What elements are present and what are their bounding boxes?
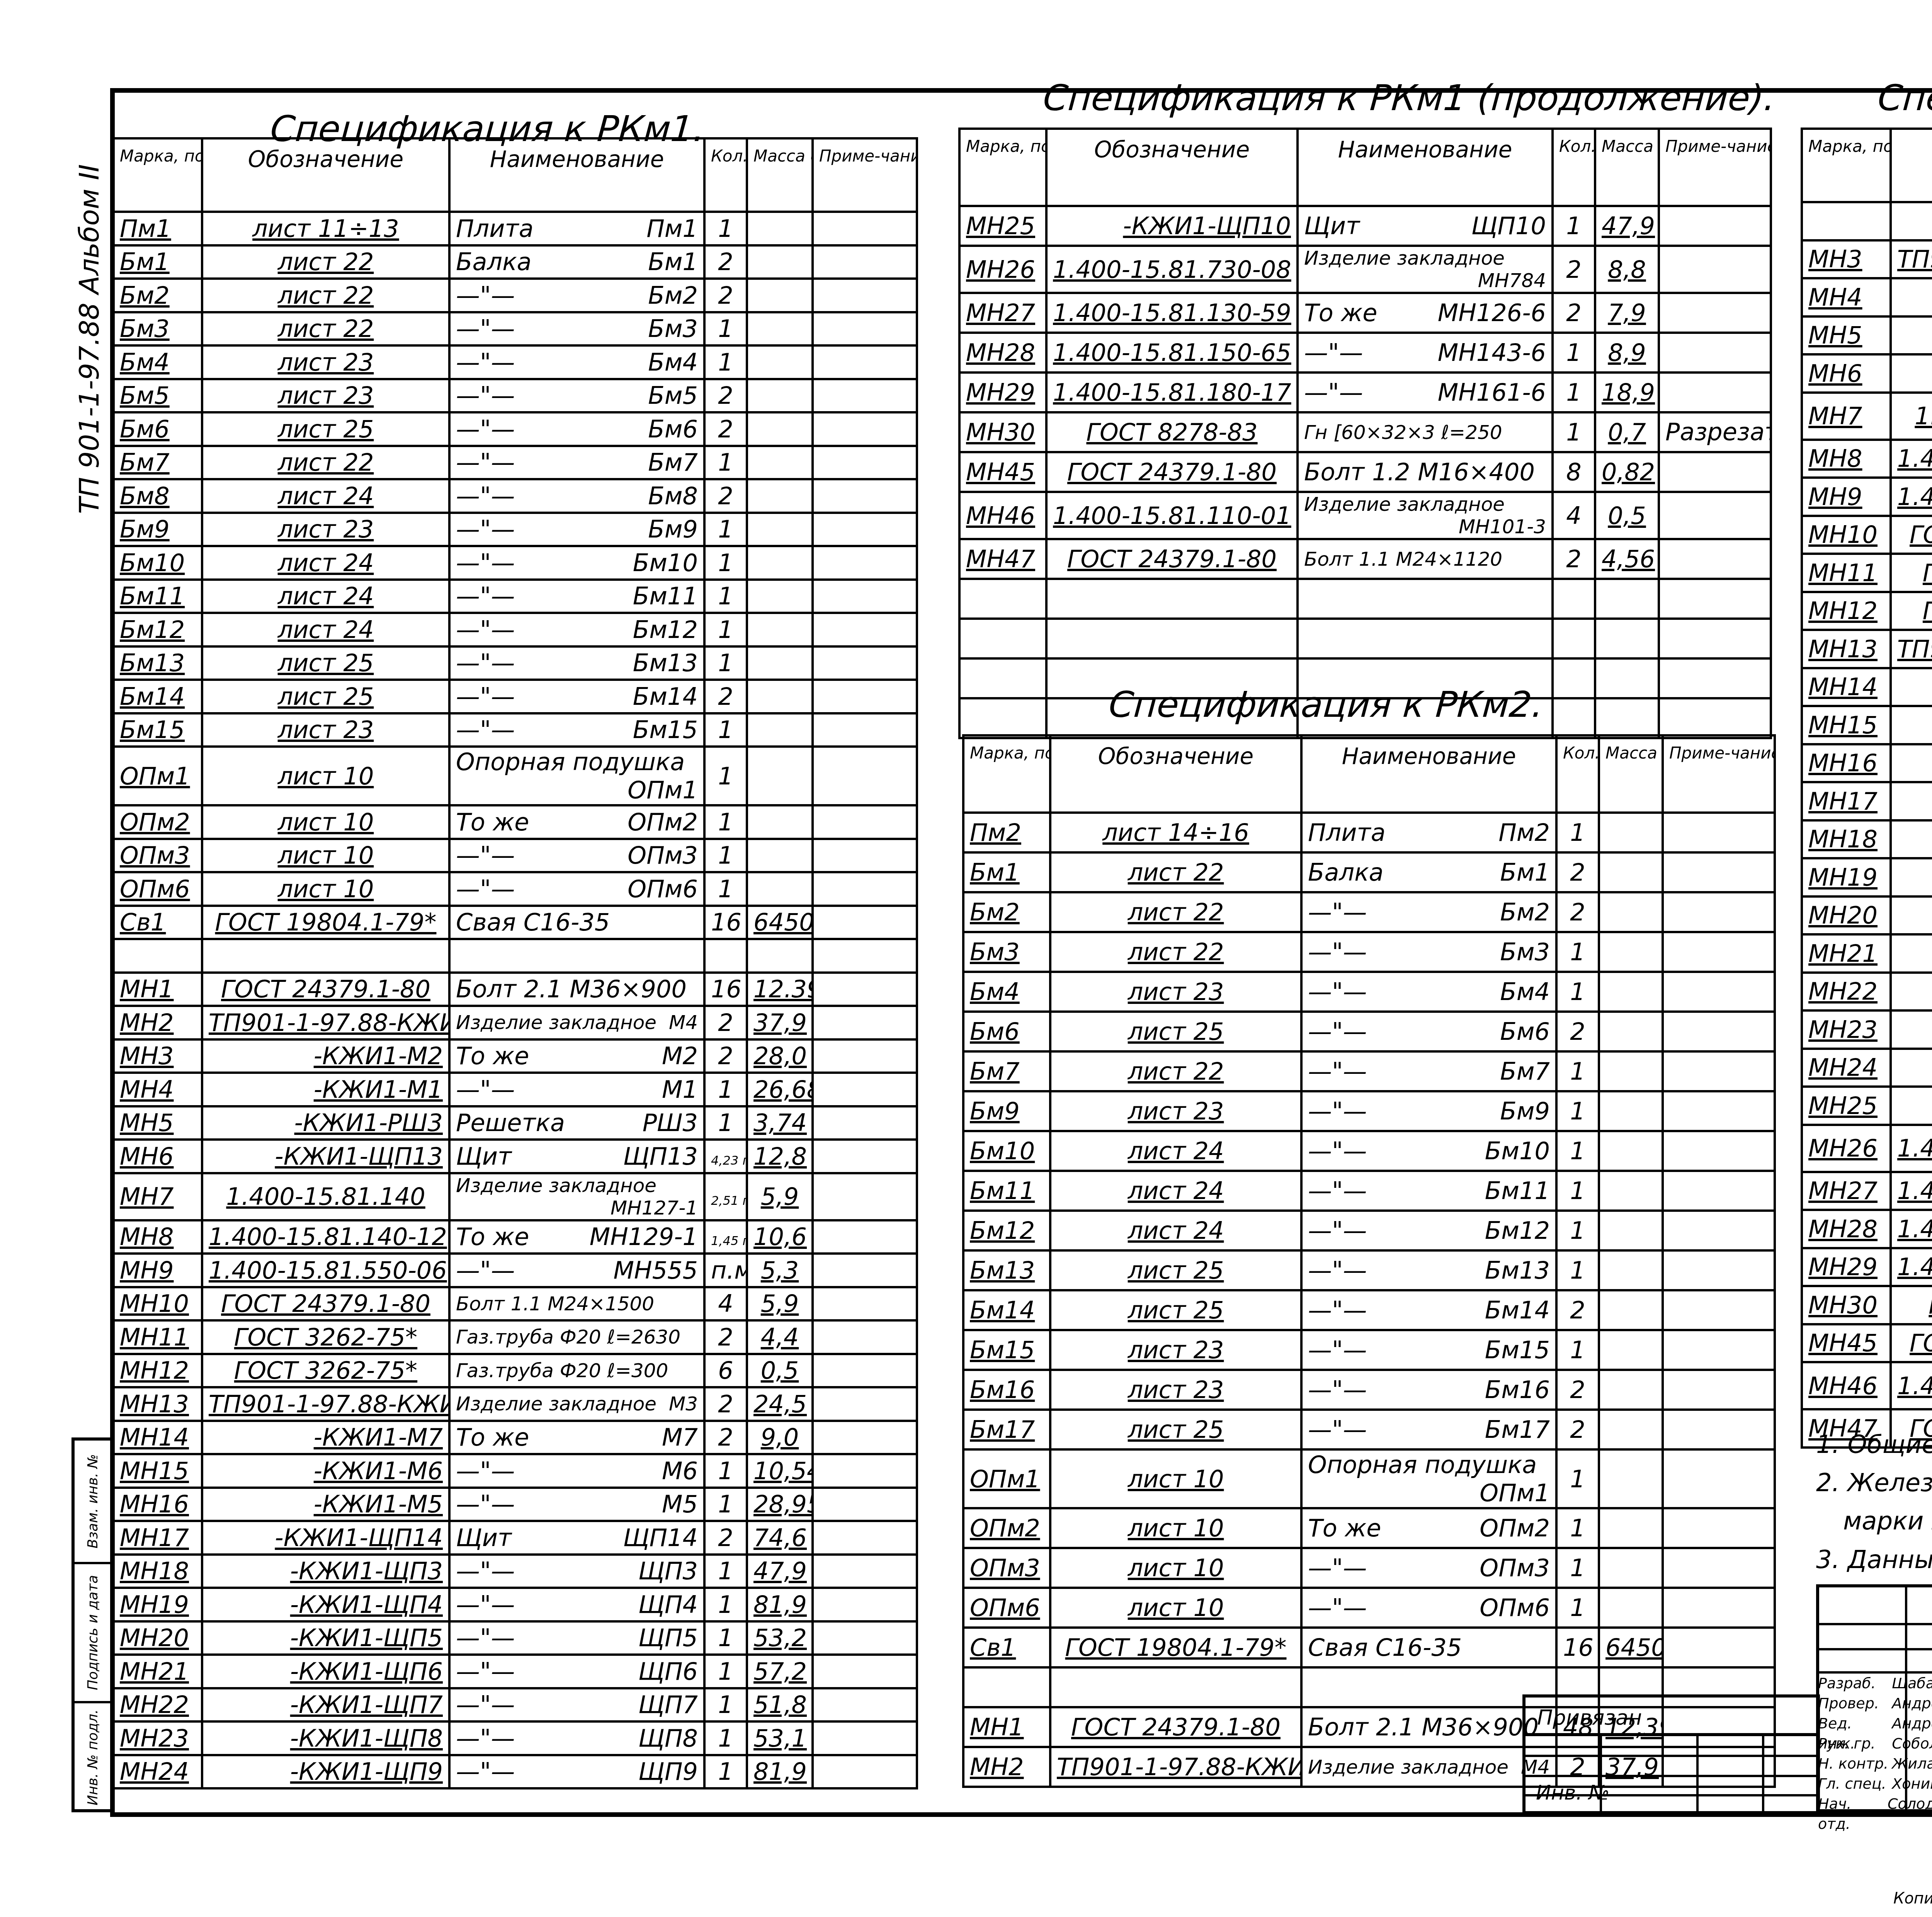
- table-row: Бм17лист 25—"—Бм172: [963, 1410, 1775, 1449]
- cell-mark: МН28: [959, 333, 1046, 373]
- table-row: МН20-КЖИ1-ЩП5—"—ЩП5153,2: [113, 1621, 917, 1655]
- cell-mass: 24,5: [747, 1387, 813, 1421]
- cell-name: ЩитЩП14: [449, 1521, 704, 1555]
- cell-mark: МН23: [1802, 1010, 1891, 1049]
- cell-qty: [704, 939, 747, 973]
- cell-note: [813, 1688, 917, 1722]
- cell-qty: 2: [1553, 293, 1595, 333]
- cell-qty: 2: [704, 379, 747, 413]
- cell-note: [1663, 972, 1775, 1012]
- cell-mark: МН24: [1802, 1049, 1891, 1087]
- cell-name: —"—Бм9: [1301, 1091, 1556, 1131]
- cell-qty: 4,23 п.м: [704, 1140, 747, 1173]
- cell-mass: 18,9: [1595, 373, 1659, 412]
- cell-mark: МН46: [959, 492, 1046, 539]
- cell-mass: [1599, 1588, 1663, 1628]
- item-name-ref: Бм3: [1500, 938, 1550, 966]
- item-name: То же: [456, 1423, 529, 1451]
- qty-value: 2: [718, 1009, 733, 1037]
- cell-note: [813, 1106, 917, 1140]
- qty-value: 1: [1570, 938, 1585, 966]
- cell-note: [813, 513, 917, 546]
- cell-mass: 47,9: [747, 1555, 813, 1588]
- cell-designation: -КЖИ1-ЩП8: [1891, 1010, 1932, 1049]
- note-2-cont: марки 20А-18×3-1, РКм2 для насосов марки…: [1816, 1502, 1932, 1541]
- cell-qty: 1: [704, 1073, 747, 1106]
- cell-note: [813, 939, 917, 973]
- cell-designation: -КЖИ1-ЩП13: [202, 1140, 449, 1173]
- cell-name: —"—Бм14: [1301, 1290, 1556, 1330]
- cell-designation: ГОСТ 24379.1-80: [1891, 516, 1932, 554]
- cell-mark: Бм9: [113, 513, 202, 546]
- table-row: МН291.400-15.81.180-17—"—МН161-6118,9: [1802, 1248, 1932, 1286]
- item-name: —"—: [1308, 1376, 1367, 1404]
- item-name: —"—: [456, 716, 515, 744]
- cell-mass: [747, 713, 813, 747]
- cell-note: [813, 1254, 917, 1287]
- cell-designation: -КЖИ1-РШ3: [202, 1106, 449, 1140]
- cell-qty: 2: [1556, 892, 1599, 932]
- item-name: —"—: [456, 515, 515, 543]
- qty-value: 2: [718, 1042, 733, 1070]
- cell-mark: МН17: [1802, 782, 1891, 820]
- cell-note: [813, 212, 917, 245]
- cell-name: Болт 2.1 М36×900: [1301, 1707, 1556, 1747]
- cell-designation: лист 22: [1050, 852, 1301, 892]
- item-name-ref: ЩП3: [638, 1557, 698, 1585]
- cell-name: —"—Бм12: [449, 613, 704, 646]
- item-name: То же: [1308, 1514, 1381, 1542]
- table-row: МН10ГОСТ 24379.1-80Болт 1.1 М24×150045,9: [1802, 516, 1932, 554]
- table-row: Бм13лист 25—"—Бм131: [113, 646, 917, 680]
- cell-qty: 1: [704, 613, 747, 646]
- table-row: [113, 939, 917, 973]
- cell-name: —"—Бм10: [449, 546, 704, 580]
- signatory-name: Андреева: [1892, 1693, 1932, 1713]
- cell-designation: лист 25: [1050, 1250, 1301, 1290]
- cell-designation: [1046, 619, 1298, 658]
- cell-name: То жеМ2: [449, 1039, 704, 1073]
- qty-value: 2: [718, 1390, 733, 1418]
- item-name: То же: [456, 808, 529, 836]
- cell-note: [813, 872, 917, 906]
- table-row: Бм6лист 25—"—Бм62: [113, 412, 917, 446]
- cell-name: —"—Бм5: [449, 379, 704, 413]
- item-name-ref: Пм2: [1498, 818, 1550, 847]
- cell-designation: лист 10: [202, 747, 449, 805]
- item-name-ref: Бм13: [1485, 1256, 1550, 1284]
- cell-name: Болт 2.1 М36×900: [449, 973, 704, 1006]
- item-name: —"—: [456, 1075, 515, 1104]
- cell-note: [1663, 1370, 1775, 1410]
- cell-mass: 12.39: [747, 973, 813, 1006]
- cell-designation: лист 24: [202, 479, 449, 513]
- cell-qty: 1: [1556, 1588, 1599, 1628]
- qty-value: 1: [718, 875, 733, 903]
- cell-designation: [1046, 658, 1298, 698]
- table-row: Бм3лист 22—"—Бм31: [963, 932, 1775, 972]
- signatory-name: Солодовников: [1888, 1794, 1932, 1814]
- cell-qty: 2: [1556, 1012, 1599, 1051]
- item-name: —"—: [1308, 1017, 1367, 1046]
- cell-mass: [1599, 1091, 1663, 1131]
- cell-mark: МН8: [1802, 440, 1891, 478]
- qty-value: 2: [1566, 255, 1581, 284]
- cell-mass: 37,9: [747, 1006, 813, 1039]
- cell-note: [1659, 579, 1771, 619]
- cell-note: [1659, 539, 1771, 579]
- item-name-ref: ЩП9: [638, 1757, 698, 1786]
- cell-mass: [1599, 1051, 1663, 1091]
- cell-mass: 12,8: [747, 1140, 813, 1173]
- item-name-ref: Бм1: [648, 248, 698, 276]
- table-row: МН23-КЖИ1-ЩП8—"—ЩП8153,1: [1802, 1010, 1932, 1049]
- cell-mark: МН22: [1802, 973, 1891, 1011]
- cell-name: ПлитаПм2: [1301, 813, 1556, 852]
- item-name-ref: Бм15: [1485, 1336, 1550, 1364]
- cell-qty: 1: [704, 805, 747, 839]
- cell-note: [813, 839, 917, 873]
- cell-qty: 2: [1556, 852, 1599, 892]
- cell-designation: лист 22: [202, 245, 449, 279]
- item-name-ref: Бм6: [648, 415, 698, 443]
- table-header-row: Марка, поз.ОбозначениеНаименованиеКол.Ма…: [959, 129, 1771, 206]
- qty-value: 2: [718, 682, 733, 711]
- cell-mass: 0,82: [1595, 452, 1659, 492]
- header-designation: Обозначение: [1046, 129, 1298, 206]
- cell-note: [813, 312, 917, 346]
- cell-qty: [1553, 698, 1595, 738]
- qty-value: 2: [1566, 299, 1581, 327]
- cell-mark: МН7: [1802, 393, 1891, 440]
- cell-name: [1298, 658, 1553, 698]
- cell-name: Болт 1.1 М24×1120: [1298, 539, 1553, 579]
- item-name-ref: ЩП5: [638, 1624, 698, 1652]
- qty-value: 4,23 п.м: [711, 1154, 747, 1167]
- header-qty: Кол.: [704, 138, 747, 212]
- table-row: Пм2лист 14÷16ПлитаПм21: [963, 813, 1775, 852]
- item-name: Изделие закладное: [1304, 493, 1505, 515]
- table-row: Бм7лист 22—"—Бм71: [963, 1051, 1775, 1091]
- cell-designation: ГОСТ 8278-83: [1891, 1286, 1932, 1324]
- cell-mass: 0,7: [1595, 412, 1659, 452]
- cell-name: То жеОПм2: [1301, 1508, 1556, 1548]
- cell-mass: [747, 872, 813, 906]
- cell-name: То жеМН129-1: [449, 1220, 704, 1254]
- cell-mass: [1599, 1171, 1663, 1211]
- item-name-ref: Бм17: [1485, 1415, 1550, 1444]
- item-name: То же: [456, 1223, 529, 1251]
- cell-mark: Бм10: [963, 1131, 1050, 1171]
- grid-line: [1696, 1736, 1699, 1814]
- item-name-ref: ОПм3: [628, 841, 698, 869]
- item-name-ref: ОПм1: [1480, 1479, 1550, 1507]
- item-name: —"—: [1308, 898, 1367, 926]
- cell-name: Болт 1.1 М24×1500: [449, 1287, 704, 1321]
- cell-mark: МН45: [1802, 1324, 1891, 1362]
- cell-qty: 4: [704, 1287, 747, 1321]
- cell-designation: 1.400-15.81.730-08: [1891, 1125, 1932, 1172]
- cell-mark: МН2: [113, 1006, 202, 1039]
- item-name: Решетка: [456, 1109, 565, 1137]
- cell-designation: 1.400-15.81.140: [1891, 393, 1932, 440]
- cell-designation: 1.400-15.81.180-17: [1891, 1248, 1932, 1286]
- table-row: МН30ГОСТ 8278-83Гн [60×32×3 ℓ=25010,7Раз…: [1802, 1286, 1932, 1324]
- qty-value: 1,45 п.м: [711, 1235, 747, 1247]
- cell-mark: ОПм1: [963, 1449, 1050, 1508]
- qty-value: 16: [1563, 1633, 1594, 1662]
- table-header-row: Марка, поз.ОбозначениеНаименованиеКол.Ма…: [963, 735, 1775, 813]
- qty-value: 2: [1570, 1296, 1585, 1324]
- item-name: Балка: [456, 248, 532, 276]
- cell-name: —"—Бм11: [449, 580, 704, 613]
- cell-name: ЩитЩП10: [1298, 206, 1553, 246]
- qty-value: 2,51 п.м: [711, 1194, 747, 1207]
- cell-name: —"—ЩП9: [449, 1755, 704, 1789]
- cell-mass: [1599, 1012, 1663, 1051]
- cell-note: [1659, 293, 1771, 333]
- cell-designation: лист 10: [1050, 1508, 1301, 1548]
- cell-qty: 2: [704, 1320, 747, 1354]
- cell-mark: Бм1: [113, 245, 202, 279]
- cell-name: —"—ЩП6: [449, 1655, 704, 1688]
- cell-mass: 10,54: [747, 1454, 813, 1488]
- cell-designation: лист 23: [202, 379, 449, 413]
- cell-mass: [747, 245, 813, 279]
- table-row: МН2ТП901-1-97.88-КЖИ1-М4Изделие закладно…: [113, 1006, 917, 1039]
- item-name: Балка: [1308, 858, 1384, 886]
- copied-by: Копировал Мажова: [1893, 1890, 1932, 1907]
- table-row: МН81.400-15.81.140-12То жеМН129-11,45 п.…: [1802, 440, 1932, 478]
- cell-designation: лист 10: [202, 872, 449, 906]
- item-name: —"—: [456, 415, 515, 443]
- table-row: Бм1лист 22БалкаБм12: [113, 245, 917, 279]
- cell-mark: ОПм3: [113, 839, 202, 873]
- item-name-ref: МН101-3: [1459, 515, 1546, 538]
- cell-qty: 16: [704, 973, 747, 1006]
- cell-mark: МН1: [963, 1707, 1050, 1747]
- header-mark: Марка, поз.: [959, 129, 1046, 206]
- table-row: Бм14лист 25—"—Бм142: [963, 1290, 1775, 1330]
- cell-qty: 2: [704, 1421, 747, 1454]
- cell-qty: 2,51 п.м: [704, 1173, 747, 1220]
- cell-mass: 10,6: [747, 1220, 813, 1254]
- cell-mark: МН4: [1802, 278, 1891, 316]
- cell-note: [1663, 1449, 1775, 1508]
- item-name-ref: Бм12: [1485, 1216, 1550, 1245]
- table-row: МН461.400-15.81.110-01Изделие закладноеМ…: [1802, 1362, 1932, 1409]
- item-name: —"—: [1308, 1415, 1367, 1444]
- item-name-ref: ЩП8: [638, 1724, 698, 1752]
- table-row: МН16-КЖИ1-М5—"—М5128,95: [1802, 744, 1932, 782]
- cell-designation: 1.400-15.81.180-17: [1046, 373, 1298, 412]
- item-name-ref: МН143-6: [1438, 338, 1546, 367]
- cell-mark: Бм9: [963, 1091, 1050, 1131]
- table-row: Бм13лист 25—"—Бм131: [963, 1250, 1775, 1290]
- header-note: Приме-чание: [1659, 129, 1771, 206]
- cell-mark: МН25: [1802, 1087, 1891, 1125]
- cell-qty: 2: [704, 1387, 747, 1421]
- cell-qty: 1: [704, 1555, 747, 1588]
- table-row: ОПм6лист 10—"—ОПм61: [113, 872, 917, 906]
- item-name: Опорная подушка: [1308, 1451, 1537, 1479]
- table-row: МН1ГОСТ 24379.1-80Болт 2.1 М36×9001612.3…: [113, 973, 917, 1006]
- cell-mass: 6450: [747, 906, 813, 939]
- table-row: МН47ГОСТ 24379.1-80Болт 1.1 М24×112024,5…: [959, 539, 1771, 579]
- signatory-row: Разраб.Шабалина05.88: [1818, 1673, 1932, 1693]
- cell-name: Изделие закладноеМН101-3: [1298, 492, 1553, 539]
- cell-mass: [747, 379, 813, 413]
- item-name-ref: ОПм2: [1480, 1514, 1550, 1542]
- table-row: МН4-КЖИ1-М1То жеМ1126,68: [1802, 278, 1932, 316]
- signatory-row: Рук. гр.Соболева05.88: [1818, 1733, 1932, 1754]
- cell-note: [1663, 1250, 1775, 1290]
- cell-designation: 1.400-15.81.140-12: [1891, 440, 1932, 478]
- item-name: Изделие закладное: [456, 1393, 656, 1415]
- table-row: ОПм3лист 10—"—ОПм31: [963, 1548, 1775, 1588]
- cell-designation: -КЖИ1-М5: [202, 1488, 449, 1521]
- cell-mark: [963, 1667, 1050, 1707]
- cell-designation: ТП901-1-97.88-КЖИ1-М2: [1891, 240, 1932, 279]
- item-name-ref: РШ3: [643, 1109, 698, 1137]
- header-mark: Марка, поз.: [963, 735, 1050, 813]
- item-name: —"—: [456, 1724, 515, 1752]
- item-name: Газ.труба Ф20 ℓ=300: [456, 1359, 668, 1382]
- cell-qty: 2: [704, 279, 747, 312]
- qty-value: 1: [1570, 1216, 1585, 1245]
- cell-qty: 2: [704, 412, 747, 446]
- item-name-ref: ЩП13: [623, 1142, 698, 1170]
- cell-mark: МН26: [1802, 1125, 1891, 1172]
- cell-note: [1663, 1410, 1775, 1449]
- item-name: —"—: [1304, 378, 1363, 407]
- item-name-ref: ОПм6: [628, 875, 698, 903]
- cell-designation: ТП901-1-97.88-КЖИ1-М3: [202, 1387, 449, 1421]
- table-row: Св1ГОСТ 19804.1-79*Свая С16-35166450: [963, 1628, 1775, 1667]
- cell-designation: -КЖИ1-ЩП4: [1891, 858, 1932, 896]
- qty-value: 1: [718, 1624, 733, 1652]
- cell-mark: МН9: [1802, 478, 1891, 516]
- item-name: Свая С16-35: [1308, 1633, 1462, 1662]
- cell-qty: 1: [1556, 1091, 1599, 1131]
- cell-qty: 2: [1556, 1370, 1599, 1410]
- cell-mass: 5,3: [747, 1254, 813, 1287]
- item-name: —"—: [456, 381, 515, 410]
- item-name-ref: МН127-1: [611, 1197, 698, 1219]
- cell-designation: лист 23: [202, 513, 449, 546]
- cell-mass: 8,9: [1595, 333, 1659, 373]
- cell-designation: лист 22: [202, 446, 449, 480]
- cell-note: [1663, 813, 1775, 852]
- cell-qty: [1553, 619, 1595, 658]
- cell-mark: Бм15: [963, 1330, 1050, 1370]
- cell-qty: 2: [704, 1039, 747, 1073]
- table-row: ОПм2лист 10То жеОПм21: [113, 805, 917, 839]
- qty-value: 2: [718, 281, 733, 310]
- table-row: МН18-КЖИ1-ЩП3—"—ЩП3147,9: [113, 1555, 917, 1588]
- cell-qty: 1: [704, 1454, 747, 1488]
- cell-designation: -КЖИ1-ЩП8: [202, 1721, 449, 1755]
- cell-designation: лист 22: [202, 279, 449, 312]
- cell-designation: -КЖИ1-ЩП4: [202, 1588, 449, 1621]
- item-name: Изделие закладное: [1304, 247, 1505, 269]
- cell-note: [813, 713, 917, 747]
- cell-note: [813, 1073, 917, 1106]
- qty-value: 16: [711, 975, 742, 1003]
- cell-qty: 2: [704, 680, 747, 713]
- cell-qty: 1: [1553, 373, 1595, 412]
- cell-note: [813, 279, 917, 312]
- item-name: —"—: [456, 1457, 515, 1485]
- cell-name: Свая С16-35: [1301, 1628, 1556, 1667]
- cell-name: —"—Бм3: [449, 312, 704, 346]
- header-mark: Марка, поз.: [113, 138, 202, 212]
- cell-name: Опорная подушкаОПм1: [449, 747, 704, 805]
- table-row: Бм10лист 24—"—Бм101: [113, 546, 917, 580]
- cell-qty: 1: [1556, 1449, 1599, 1508]
- general-notes: 1. Общие примечания смотреть л. 1. 2. Же…: [1816, 1426, 1932, 1579]
- cell-designation: -КЖИ1-ЩП10: [1046, 206, 1298, 246]
- cell-mass: [1599, 1290, 1663, 1330]
- spec-table-rkm1: Марка, поз.ОбозначениеНаименованиеКол.Ма…: [112, 137, 918, 1789]
- cell-name: —"—ЩП5: [449, 1621, 704, 1655]
- cell-mass: 81,9: [747, 1755, 813, 1789]
- cell-designation: лист 23: [1050, 1370, 1301, 1410]
- cell-mass: [1599, 813, 1663, 852]
- table-row: [959, 658, 1771, 698]
- item-name-ref: МН161-6: [1438, 378, 1546, 407]
- item-name: —"—: [456, 1624, 515, 1652]
- cell-mark: [959, 658, 1046, 698]
- cell-note: [813, 1387, 917, 1421]
- cell-mass: 6450: [1599, 1628, 1663, 1667]
- cell-mass: [747, 580, 813, 613]
- cell-qty: 16: [704, 906, 747, 939]
- cell-mark: МН5: [1802, 316, 1891, 355]
- cell-name: —"—ОПм3: [1301, 1548, 1556, 1588]
- spec-table-rkm2-continued: Марка, поз.ОбозначениеНаименованиеКол.Ма…: [1801, 128, 1932, 1449]
- cell-note: [813, 680, 917, 713]
- signatory-name: Андреева: [1892, 1713, 1932, 1733]
- qty-value: 1: [1566, 378, 1581, 407]
- cell-designation: лист 22: [1050, 1051, 1301, 1091]
- qty-value: 1: [1570, 1097, 1585, 1125]
- cell-name: —"—Бм12: [1301, 1211, 1556, 1250]
- cell-mass: 53,2: [747, 1621, 813, 1655]
- cell-name: —"—Бм15: [449, 713, 704, 747]
- item-name: —"—: [456, 315, 515, 343]
- table-row: Бм2лист 22—"—Бм22: [113, 279, 917, 312]
- cell-note: [1659, 246, 1771, 293]
- cell-mark: Бм2: [963, 892, 1050, 932]
- table-row: МН461.400-15.81.110-01Изделие закладноеМ…: [959, 492, 1771, 539]
- cell-mass: [1599, 852, 1663, 892]
- cell-mark: МН28: [1802, 1210, 1891, 1248]
- cell-designation: лист 24: [202, 613, 449, 646]
- cell-mass: [747, 345, 813, 379]
- qty-value: 1: [718, 315, 733, 343]
- table-row: МН12ГОСТ 3262-75*Газ.труба Ф20 ℓ=30060,5: [1802, 592, 1932, 630]
- table-row: МН261.400-15.81.730-08Изделие закладноеМ…: [1802, 1125, 1932, 1172]
- cell-designation: ГОСТ 3262-75*: [202, 1320, 449, 1354]
- cell-designation: -КЖИ1-М6: [1891, 706, 1932, 744]
- item-name-ref: Пм1: [646, 214, 698, 243]
- cell-mass: 26,68: [747, 1073, 813, 1106]
- note-3: 3. Данный лист рассматривать совместно с…: [1816, 1541, 1932, 1579]
- qty-value: 1: [718, 1557, 733, 1585]
- item-name: —"—: [1308, 1554, 1367, 1582]
- cell-name: —"—Бм8: [449, 479, 704, 513]
